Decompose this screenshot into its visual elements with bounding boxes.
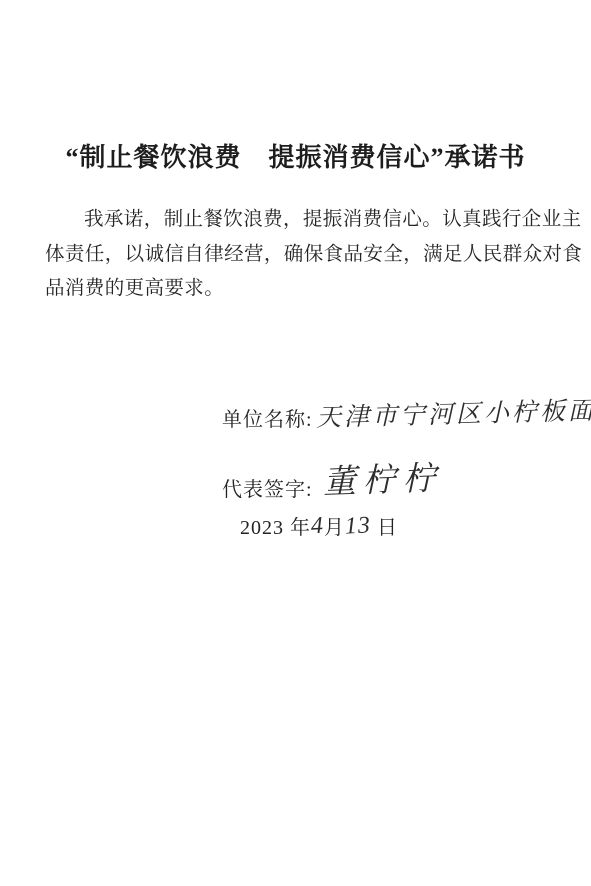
body-line-1: 我承诺，制止餐饮浪费，提振消费信心。认真践行企业主: [45, 203, 553, 238]
date-year-text: 2023 年: [240, 517, 311, 539]
body-line-2: 体责任，以诚信自律经营，确保食品安全，满足人民群众对食: [45, 238, 553, 273]
date-day-handwritten: 13: [344, 512, 371, 540]
document-page: “制止餐饮浪费 提振消费信心”承诺书 我承诺，制止餐饮浪费，提振消费信心。认真践…: [0, 0, 591, 886]
unit-name-label: 单位名称:: [222, 409, 313, 431]
body-line-3: 品消费的更高要求。: [45, 272, 553, 307]
unit-name-row: 单位名称:天津市宁河区小柠板面馆: [222, 398, 591, 434]
date-day-label: 日: [377, 517, 398, 539]
date-month-handwritten: 4: [310, 513, 324, 541]
document-title: “制止餐饮浪费 提振消费信心”承诺书: [0, 140, 591, 176]
representative-signature-handwritten: 董柠柠: [322, 452, 444, 503]
unit-name-handwritten: 天津市宁河区小柠板面馆: [315, 390, 591, 434]
representative-signature-row: 代表签字:董柠柠: [222, 459, 443, 506]
date-line: 2023 年4月13 日: [240, 511, 398, 541]
body-paragraph: 我承诺，制止餐饮浪费，提振消费信心。认真践行企业主 体责任，以诚信自律经营，确保…: [45, 203, 553, 307]
date-month-label: 月: [324, 517, 345, 539]
representative-signature-label: 代表签字:: [222, 479, 313, 501]
